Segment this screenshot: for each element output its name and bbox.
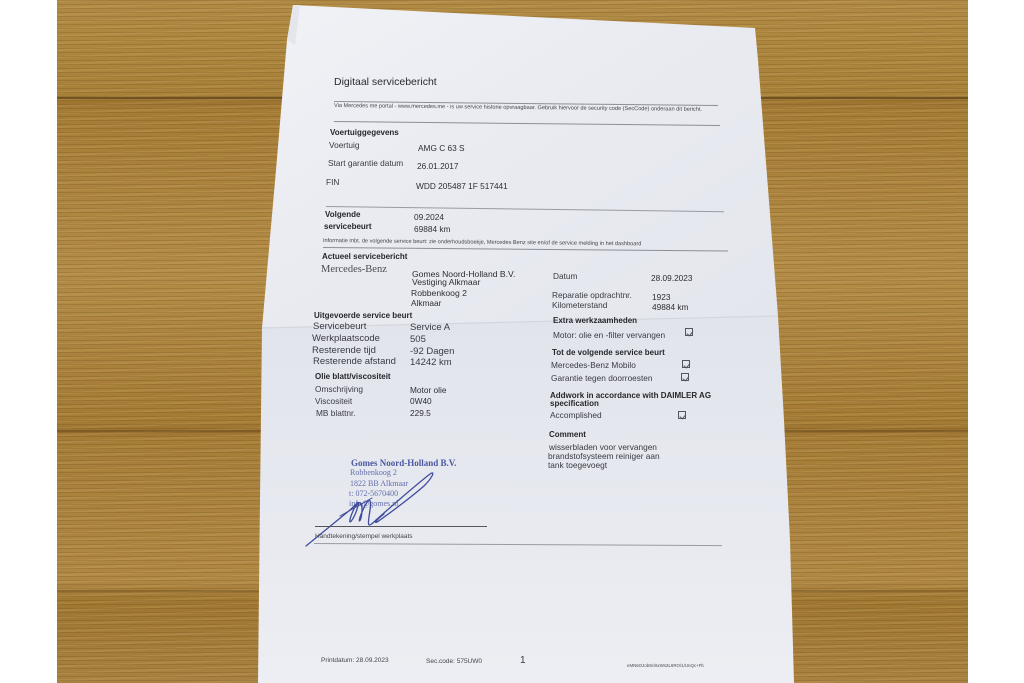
handwritten-signature: [0, 0, 1024, 683]
service-report-content: Digitaal servicebericht Via Mercedes me …: [0, 0, 1024, 683]
verification-hash: eMN6OJob9c/6xWs3L6RO/1/UnQc+Fb: [627, 663, 704, 668]
signature-label: Handtekening/stempel werkplaats: [315, 533, 413, 540]
signature-line: [315, 526, 487, 527]
page-number: 1: [520, 655, 526, 666]
print-date: Printdatum: 28.09.2023: [321, 657, 389, 664]
security-code: Sec.code: 575UW0: [426, 658, 482, 665]
